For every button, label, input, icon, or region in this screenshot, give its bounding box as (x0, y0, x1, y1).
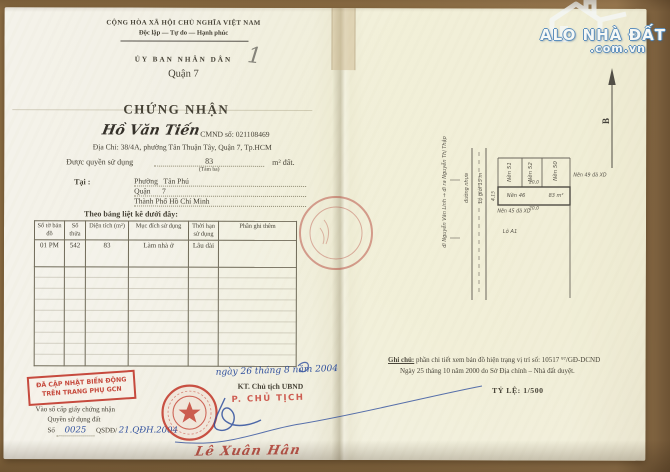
watermark-domain: .com.vn (590, 42, 646, 55)
signature-title: KT. Chủ tịch UBND (238, 382, 304, 391)
plan-dim-top: 20,0 (529, 181, 539, 186)
at-district: Quận 7 (134, 187, 306, 197)
col-parcel-no: Số thửa (64, 221, 85, 240)
table-intro: Theo bảng liệt kê dưới đây: (84, 209, 178, 218)
table-empty-row (34, 266, 296, 366)
plan-note-line2: Ngày 25 tháng 10 năm 2000 do Sở Địa chín… (400, 367, 575, 375)
cell-duration: Lâu dài (188, 240, 218, 267)
owner-address: Địa Chỉ: 38/4A, phường Tân Thuận Tây, Qu… (93, 142, 272, 151)
signer-name: Lê Xuân Hân (194, 443, 302, 460)
north-label: B (601, 118, 611, 124)
handwritten-page-number: 1 (246, 43, 263, 69)
plan-scale: TỶ LỆ: 1/500 (492, 386, 544, 395)
issuer-name: ỦY BAN NHÂN DÂN (135, 56, 232, 64)
deputy-chairman-stamp: P. CHỦ TỊCH (231, 393, 304, 405)
plan-plot-area: 83 m² (549, 193, 564, 199)
plan-neighbor-label: Nền 52 (528, 162, 534, 182)
owner-id: CMND số: 021108469 (200, 130, 269, 139)
motto-underline (121, 40, 249, 41)
national-motto-line2: Độc lập — Tự do — Hạnh phúc (139, 30, 228, 37)
land-parcel-table: Số tờ bản đồ Số thửa Diện tích (m²) Mục … (34, 220, 297, 366)
photo-of-land-certificate: CỘNG HÒA XÃ HỘI CHỦ NGHĨA VIỆT NAM Độc l… (0, 0, 670, 472)
at-label: Tại : (74, 177, 90, 186)
plan-plot-label: Nền 46 (507, 193, 526, 199)
site-plan-lines: B (420, 60, 650, 320)
national-motto-line1: CỘNG HÒA XÃ HỘI CHỦ NGHĨA VIỆT NAM (106, 19, 260, 26)
plan-road-boundary: Lộ giới 15 m (478, 173, 484, 204)
col-purpose: Mục đích sử dụng (128, 221, 188, 240)
register-mid: QSDĐ/ (96, 426, 117, 434)
grant-suffix: m² đất. (272, 158, 294, 167)
register-number-handwritten: 0025 (57, 425, 95, 436)
cell-notes (218, 240, 296, 267)
owner-name: Hồ Văn Tiến (101, 122, 201, 138)
tape-strip (331, 8, 355, 70)
plan-neighbor-label: Nền 50 (553, 161, 559, 181)
update-stamp: ĐÃ CẬP NHẬT BIẾN ĐỘNG TRÊN TRANG PHỤ GCN (27, 370, 137, 406)
col-notes: Phần ghi thêm (218, 221, 296, 240)
at-city: Thành Phố Hồ Chí Minh (134, 197, 306, 207)
plan-neighbor-label: Nền 49 đã XD (573, 174, 606, 179)
plan-block-label: Lô A1 (503, 229, 518, 235)
table-row: 01 PM 542 83 Làm nhà ở Lâu dài (34, 239, 296, 267)
official-seal (157, 382, 221, 444)
watermark: ALO NHÀ ĐẤT .com.vn (538, 0, 668, 62)
certificate-title: CHỨNG NHẬN (123, 101, 229, 117)
cell-area: 83 (85, 240, 128, 267)
register-line1: Vào sổ cấp giấy chứng nhận (36, 405, 115, 413)
issuer-district: Quận 7 (168, 69, 199, 80)
north-arrow-icon: B (601, 68, 616, 168)
plan-road-surface: đường nhựa (464, 173, 470, 203)
partial-seal (294, 190, 374, 276)
grant-prefix: Được quyền sử dụng (66, 157, 133, 166)
grant-area-value: 83 (154, 157, 264, 167)
plan-note-label: Ghi chú: (388, 356, 414, 364)
plan-dim-side: 4,15 (492, 191, 497, 201)
cell-map-sheet: 01 PM (34, 239, 64, 266)
register-line2: Quyền sử dụng đất (48, 415, 101, 423)
cell-parcel-no: 542 (64, 240, 85, 267)
col-map-sheet: Số tờ bản đồ (34, 221, 64, 240)
cell-purpose: Làm nhà ở (128, 240, 188, 267)
plan-neighbor-label: Nền 51 (507, 162, 513, 182)
col-duration: Thời hạn sử dụng (188, 221, 218, 240)
at-ward: Phường Tân Phú (134, 177, 306, 187)
plan-note-line1: phần chi tiết xem bản đồ hiện trạng vị t… (416, 356, 600, 364)
register-no-label: Số (47, 426, 54, 434)
table-header-row: Số tờ bản đồ Số thửa Diện tích (m²) Mục … (34, 221, 296, 240)
plan-street-note: đi Nguyễn Văn Linh → đi ra Nguyễn Thị Th… (442, 136, 448, 248)
col-area: Diện tích (m²) (85, 221, 128, 240)
grant-area-words: (Tám ba) (199, 167, 220, 173)
plan-neighbor-below: Nền 45 đã XD (497, 210, 530, 215)
